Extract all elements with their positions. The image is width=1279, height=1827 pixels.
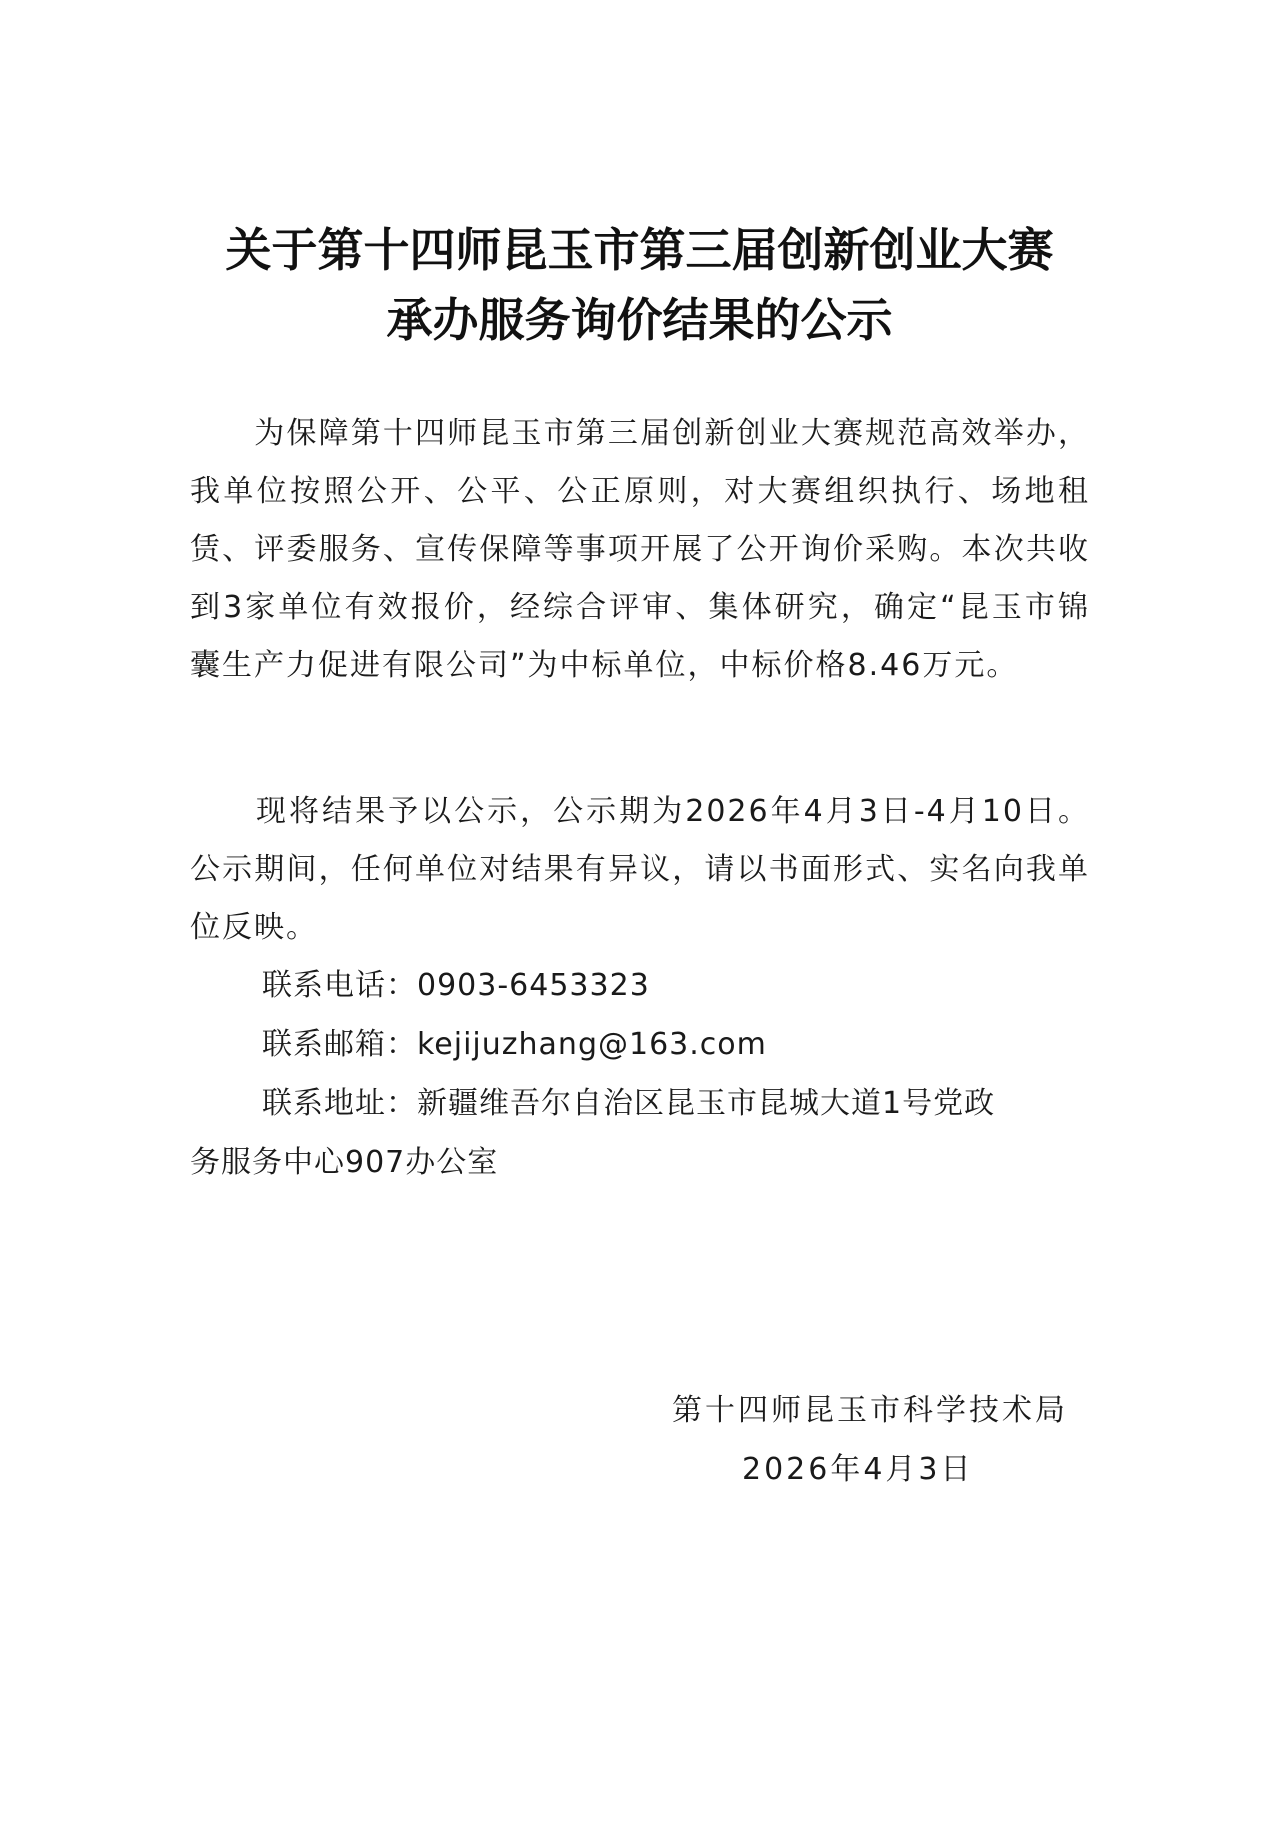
- document-title-line1: 关于第十四师昆玉市第三届创新创业大赛: [0, 215, 1279, 285]
- contact-email-value: kejijuzhang@163.com: [417, 1027, 767, 1062]
- signature-date: 2026年4月3日: [742, 1441, 974, 1499]
- body-paragraph-2: 现将结果予以公示，公示期为2026年4月3日-4月10日。公示期间，任何单位对结…: [190, 783, 1090, 957]
- document-title-line2: 承办服务询价结果的公示: [0, 285, 1279, 355]
- contact-address-line1: 新疆维吾尔自治区昆玉市昆城大道1号党政: [417, 1086, 995, 1121]
- contact-email: 联系邮箱：kejijuzhang@163.com: [262, 1016, 767, 1074]
- contact-phone-value: 0903-6453323: [417, 968, 650, 1003]
- signature-organization: 第十四师昆玉市科学技术局: [672, 1382, 1068, 1440]
- contact-address: 联系地址：新疆维吾尔自治区昆玉市昆城大道1号党政: [262, 1075, 995, 1133]
- body-paragraph-1: 为保障第十四师昆玉市第三届创新创业大赛规范高效举办，我单位按照公开、公平、公正原…: [190, 405, 1090, 695]
- contact-address-line2: 务服务中心907办公室: [190, 1134, 498, 1192]
- contact-address-label: 联系地址：: [262, 1086, 417, 1121]
- contact-phone-label: 联系电话：: [262, 968, 417, 1003]
- contact-phone: 联系电话：0903-6453323: [262, 957, 650, 1015]
- contact-email-label: 联系邮箱：: [262, 1027, 417, 1062]
